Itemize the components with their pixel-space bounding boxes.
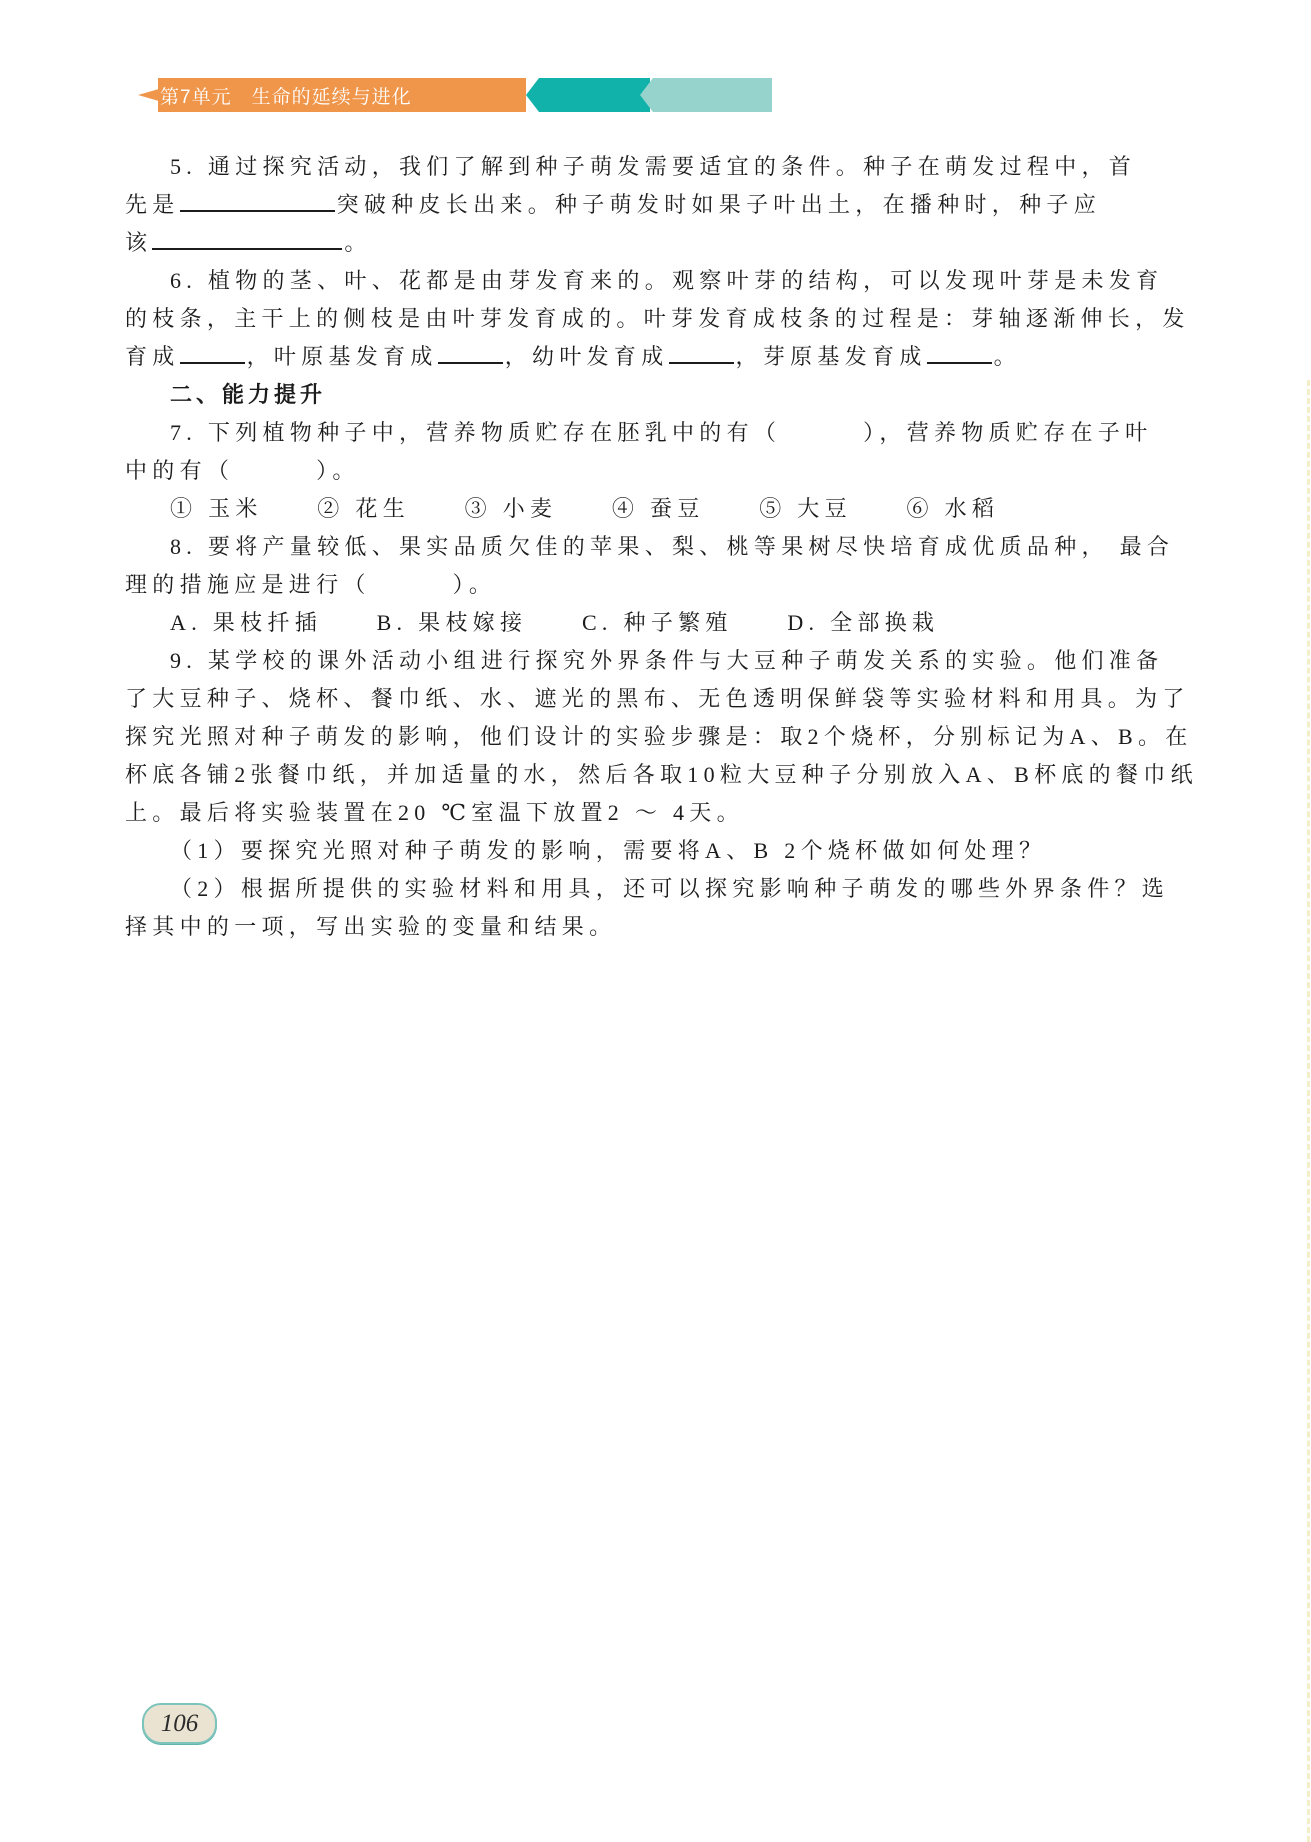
question-7-line-1: 7. 下列植物种子中，营养物质贮存在胚乳中的有（ ），营养物质贮存在子叶 (125, 414, 1210, 452)
question-8-line-1: 8. 要将产量较低、果实品质欠佳的苹果、梨、桃等果树尽快培育成优质品种， 最合 (125, 528, 1210, 566)
question-8-line-2: 理的措施应是进行（ ）。 (125, 566, 1210, 604)
banner-teal-segment (526, 78, 650, 112)
page-edge-dashed-line (1307, 380, 1310, 1842)
text-segment: 先是 (125, 192, 180, 217)
question-7-options: ① 玉米 ② 花生 ③ 小麦 ④ 蚕豆 ⑤ 大豆 ⑥ 水稻 (125, 490, 1210, 528)
question-8-options: A. 果枝扦插 B. 果枝嫁接 C. 种子繁殖 D. 全部换栽 (125, 604, 1210, 642)
exercise-text-block: 5. 通过探究活动，我们了解到种子萌发需要适宜的条件。种子在萌发过程中，首 先是… (125, 148, 1210, 946)
text-segment: 育成 (125, 344, 180, 369)
text-segment: ，芽原基发育成 (736, 344, 927, 369)
question-9-sub-1: （1）要探究光照对种子萌发的影响，需要将A、B 2个烧杯做如何处理？ (125, 832, 1210, 870)
textbook-page: 第7单元 生命的延续与进化 5. 通过探究活动，我们了解到种子萌发需要适宜的条件… (0, 0, 1311, 1842)
question-9-sub-2-line-2: 择其中的一项，写出实验的变量和结果。 (125, 908, 1210, 946)
banner-light-teal-segment (640, 78, 772, 112)
answer-blank (669, 342, 734, 364)
question-6-line-2: 的枝条，主干上的侧枝是由叶芽发育成的。叶芽发育成枝条的过程是：芽轴逐渐伸长，发 (125, 300, 1210, 338)
question-5-line-1: 5. 通过探究活动，我们了解到种子萌发需要适宜的条件。种子在萌发过程中，首 (125, 148, 1210, 186)
question-5-line-3: 该。 (125, 224, 1210, 262)
text-segment: 。 (344, 230, 371, 255)
question-9-line-5: 上。最后将实验装置在20 ℃室温下放置2 ～ 4天。 (125, 794, 1210, 832)
answer-blank (927, 342, 992, 364)
text-segment: 突破种皮长出来。种子萌发时如果子叶出土，在播种时，种子应 (337, 192, 1101, 217)
answer-blank (180, 342, 245, 364)
answer-blank (152, 228, 342, 250)
chapter-banner: 第7单元 生命的延续与进化 (138, 78, 772, 112)
question-6-line-3: 育成，叶原基发育成，幼叶发育成，芽原基发育成。 (125, 338, 1210, 376)
page-number: 106 (161, 1710, 199, 1738)
question-9-line-4: 杯底各铺2张餐巾纸，并加适量的水，然后各取10粒大豆种子分别放入A、B杯底的餐巾… (125, 756, 1210, 794)
text-segment: 。 (994, 344, 1021, 369)
section-heading-ability: 二、能力提升 (125, 376, 1210, 414)
text-segment: 该 (125, 230, 152, 255)
question-9-line-1: 9. 某学校的课外活动小组进行探究外界条件与大豆种子萌发关系的实验。他们准备 (125, 642, 1210, 680)
banner-orange-segment: 第7单元 生命的延续与进化 (138, 78, 526, 112)
unit-title-label: 第7单元 生命的延续与进化 (138, 82, 412, 109)
answer-blank (438, 342, 503, 364)
page-number-badge: 106 (142, 1703, 217, 1744)
text-segment: ，幼叶发育成 (505, 344, 669, 369)
question-7-line-2: 中的有（ ）。 (125, 452, 1210, 490)
question-6-line-1: 6. 植物的茎、叶、花都是由芽发育来的。观察叶芽的结构，可以发现叶芽是未发育 (125, 262, 1210, 300)
question-9-line-2: 了大豆种子、烧杯、餐巾纸、水、遮光的黑布、无色透明保鲜袋等实验材料和用具。为了 (125, 680, 1210, 718)
answer-blank (180, 190, 335, 212)
question-9-sub-2-line-1: （2）根据所提供的实验材料和用具，还可以探究影响种子萌发的哪些外界条件？选 (125, 870, 1210, 908)
text-segment: ，叶原基发育成 (247, 344, 438, 369)
question-9-line-3: 探究光照对种子萌发的影响，他们设计的实验步骤是：取2个烧杯，分别标记为A、B。在 (125, 718, 1210, 756)
question-5-line-2: 先是突破种皮长出来。种子萌发时如果子叶出土，在播种时，种子应 (125, 186, 1210, 224)
